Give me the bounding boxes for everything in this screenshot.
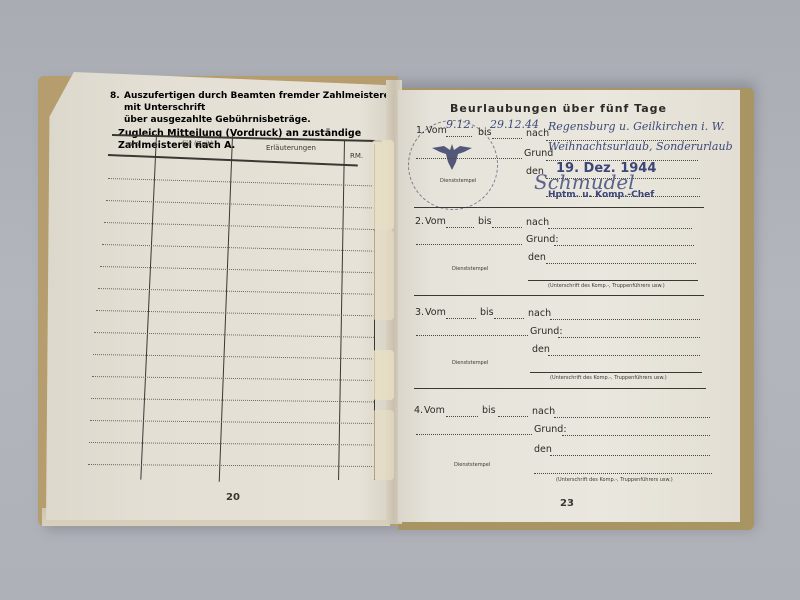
entry-4-grund-label: Grund: (534, 424, 567, 435)
entry-1-number: 1. (416, 125, 425, 136)
stamp-label: Dienststempel (452, 266, 488, 272)
entry-2-nach-label: nach (526, 217, 549, 228)
entry-3-vom-label: Vom (425, 307, 446, 318)
entry-4-nach-label: nach (532, 406, 555, 417)
entry-1-vom-label: Vom (426, 125, 447, 136)
table-row (91, 398, 374, 402)
entry-3-den-label: den (532, 344, 550, 355)
entry-1-line (416, 158, 522, 159)
entry-3-vom-field[interactable] (446, 318, 476, 319)
entry-2-nach-field[interactable] (548, 228, 692, 229)
stamp-label: Dienststempel (454, 462, 490, 468)
entry-3-nach-field[interactable] (550, 319, 700, 320)
entry-2-vom-field[interactable] (446, 227, 474, 228)
table-row (93, 354, 374, 359)
table-row (92, 376, 374, 381)
tape-repair (372, 230, 394, 320)
entry-divider (414, 207, 704, 208)
header-line-2: über ausgezahlte Gebührnisbeträge. (118, 114, 408, 126)
entry-1-grund-value: Weihnachtsurlaub, Sonderurlaub (548, 140, 733, 153)
entry-1-bis-field (492, 138, 522, 139)
table-row (100, 266, 374, 273)
entry-1-vom-value: 9.12. (446, 118, 474, 131)
table-row (108, 178, 374, 186)
entry-4-number: 4. (414, 405, 423, 416)
table-row (94, 332, 374, 338)
entry-1-vom-field (446, 136, 472, 137)
entry-3-nach-label: nach (528, 308, 551, 319)
entry-4-bis-field[interactable] (498, 416, 528, 417)
stamp-label: Dienststempel (452, 360, 488, 366)
entry-2-grund-label: Grund: (526, 234, 559, 245)
eagle-stamp-icon (430, 140, 474, 172)
table-row (88, 464, 374, 467)
entry-3-bis-field[interactable] (494, 318, 524, 319)
table-row (98, 288, 374, 295)
table-row (90, 420, 374, 424)
entry-2-den-label: den (528, 252, 546, 263)
column-header-rm: RM. (350, 152, 363, 160)
column-divider (219, 136, 233, 482)
entry-3-line[interactable] (416, 335, 528, 336)
entry-4-nach-field[interactable] (554, 417, 710, 418)
tape-repair (372, 140, 394, 230)
entry-3-signature-line[interactable] (530, 372, 702, 373)
page-title: Beurlaubungen über fünf Tage (450, 102, 667, 115)
entry-divider (414, 295, 704, 296)
column-header-zeit: für (Zeit) (182, 140, 213, 148)
payment-table: am für (Zeit) Erläuterungen RM. (106, 134, 376, 480)
table-header-rule (108, 154, 358, 166)
entry-2-bis-field[interactable] (492, 227, 522, 228)
entry-3-den-field[interactable] (548, 355, 700, 356)
column-header-am: am (128, 140, 139, 148)
entry-4-line[interactable] (416, 434, 532, 435)
entry-4-bis-label: bis (482, 405, 496, 416)
signature-caption: (Unterschrift des Komp.-, Truppenführers… (556, 477, 673, 483)
section-number: 8. (110, 90, 120, 102)
tape-repair (372, 350, 394, 400)
entry-1-nach-label: nach (526, 128, 549, 139)
table-row (89, 442, 374, 445)
entry-1-nach-value: Regensburg u. Geilkirchen i. W. (548, 120, 725, 133)
column-header-erlaeuterungen: Erläuterungen (266, 144, 316, 152)
table-row (96, 310, 374, 316)
signature-caption: (Unterschrift des Komp.-, Truppenführers… (550, 375, 667, 381)
entry-3-number: 3. (415, 307, 424, 318)
entry-2-signature-line[interactable] (528, 280, 698, 281)
entry-divider (414, 388, 706, 389)
entry-3-bis-label: bis (480, 307, 494, 318)
header-line-1: Auszufertigen durch Beamten fremder Zahl… (118, 90, 408, 114)
stamp-label: Dienststempel (440, 178, 476, 184)
signature-caption: (Unterschrift des Komp.-, Truppenführers… (548, 283, 665, 289)
entry-2-line[interactable] (416, 244, 522, 245)
entry-2-vom-label: Vom (425, 216, 446, 227)
entry-2-grund-field[interactable] (554, 245, 694, 246)
table-row (106, 200, 374, 208)
column-divider (338, 140, 345, 480)
entry-2-bis-label: bis (478, 216, 492, 227)
left-page-number: 20 (226, 492, 240, 503)
table-row (102, 244, 374, 252)
entry-2-den-field[interactable] (546, 263, 696, 264)
entry-4-vom-field[interactable] (446, 416, 478, 417)
entry-2-number: 2. (415, 216, 424, 227)
column-divider (140, 134, 157, 480)
entry-4-den-label: den (534, 444, 552, 455)
table-top-rule (112, 134, 382, 142)
entry-3-grund-field[interactable] (558, 337, 700, 338)
entry-4-vom-label: Vom (424, 405, 445, 416)
entry-1-signature-role: Hptm. u. Komp.-Chef (548, 190, 654, 200)
table-row (104, 222, 374, 230)
entry-4-signature-line[interactable] (534, 473, 712, 474)
right-page-number: 23 (560, 498, 574, 509)
entry-3-grund-label: Grund: (530, 326, 563, 337)
entry-4-grund-field[interactable] (562, 435, 710, 436)
entry-4-den-field[interactable] (550, 455, 710, 456)
tape-repair (372, 410, 394, 480)
